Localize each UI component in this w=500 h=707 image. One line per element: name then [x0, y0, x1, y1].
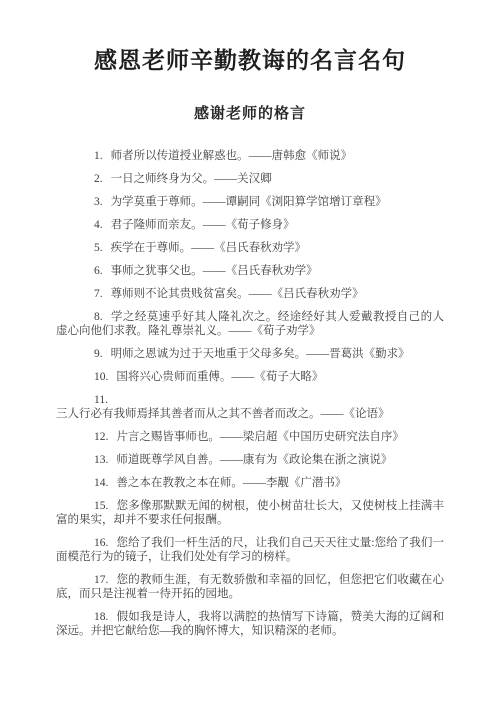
quote-number: 8.	[94, 310, 103, 324]
quote-item: 2.一日之师终身为父。——关汉卿	[56, 172, 444, 186]
quote-item: 6.事师之犹事父也。——《吕氏春秋劝学》	[56, 264, 444, 278]
quote-text: 师道既尊学风自善。——康有为《政论集在浙之演说》	[116, 454, 392, 466]
quote-item: 5.疾学在于尊师。——《吕氏春秋劝学》	[56, 241, 444, 255]
quote-number: 12.	[94, 430, 108, 444]
quote-text: 疾学在于尊师。——《吕氏春秋劝学》	[111, 242, 307, 254]
quote-number: 9.	[94, 347, 103, 361]
quote-item: 11.三人行必有我师焉择其善者而从之其不善者而改之。——《论语》	[56, 393, 444, 421]
quote-item: 12.片言之赐皆事师也。——梁启超《中国历史研究法自序》	[56, 430, 444, 444]
quote-number: 13.	[94, 453, 108, 467]
quote-text: 君子隆师而亲友。——《荀子修身》	[111, 219, 295, 231]
quote-item: 4.君子隆师而亲友。——《荀子修身》	[56, 218, 444, 232]
quote-number: 10.	[94, 370, 108, 384]
quote-text: 您的教师生涯，有无数骄傲和幸福的回忆，但您把它们收藏在心底，而只是注视着一待开拓…	[56, 574, 444, 600]
quote-number: 16.	[94, 536, 108, 550]
quote-text: 国将兴心贵师而重傅。——《荀子大略》	[116, 371, 323, 383]
document-page: 感恩老师辛勤教诲的名言名句 感谢老师的格言 1.师者所以传道授业解惑也。——唐韩…	[0, 0, 500, 707]
section-heading: 感谢老师的格言	[56, 104, 444, 124]
quote-text: 片言之赐皆事师也。——梁启超《中国历史研究法自序》	[116, 431, 404, 443]
quote-number: 6.	[94, 264, 103, 278]
quote-item: 3.为学莫重于尊师。——谭嗣同《浏阳算学馆增订章程》	[56, 195, 444, 209]
quote-number: 2.	[94, 172, 103, 186]
quote-number: 11.	[94, 393, 108, 407]
quote-number: 1.	[94, 149, 103, 163]
quote-item: 14.善之本在教教之本在师。——李觏《广潜书》	[56, 476, 444, 490]
quote-text: 为学莫重于尊师。——谭嗣同《浏阳算学馆增订章程》	[111, 196, 387, 208]
quote-text: 假如我是诗人，我将以满腔的热情写下诗篇，赞美大海的辽阔和深远。并把它献给您—我的…	[56, 611, 444, 637]
quote-item: 8.学之经莫速乎好其人隆礼次之。经途经好其人爱戴教授自己的人虚心向他们求教。隆礼…	[56, 310, 444, 338]
quote-item: 1.师者所以传道授业解惑也。——唐韩愈《师说》	[56, 149, 444, 163]
quote-item: 16.您给了我们一杆生活的尺，让我们自己天天往丈量:您给了我们一面模范行为的镜子…	[56, 536, 444, 564]
quote-text: 事师之犹事父也。——《吕氏春秋劝学》	[111, 265, 318, 277]
quote-number: 3.	[94, 195, 103, 209]
quote-text: 明师之恩诚为过于天地重于父母多矣。——晋葛洪《勤求》	[111, 348, 410, 360]
quote-item: 18.假如我是诗人，我将以满腔的热情写下诗篇，赞美大海的辽阔和深远。并把它献给您…	[56, 610, 444, 638]
quote-text: 善之本在教教之本在师。——李觏《广潜书》	[116, 477, 346, 489]
quote-list: 1.师者所以传道授业解惑也。——唐韩愈《师说》 2.一日之师终身为父。——关汉卿…	[56, 149, 444, 638]
quote-item: 17.您的教师生涯，有无数骄傲和幸福的回忆，但您把它们收藏在心底，而只是注视着一…	[56, 573, 444, 601]
quote-number: 4.	[94, 218, 103, 232]
quote-number: 5.	[94, 241, 103, 255]
quote-text: 师者所以传道授业解惑也。——唐韩愈《师说》	[111, 150, 353, 162]
quote-number: 18.	[94, 610, 108, 624]
quote-number: 15.	[94, 499, 108, 513]
quote-number: 7.	[94, 287, 103, 301]
quote-item: 10.国将兴心贵师而重傅。——《荀子大略》	[56, 370, 444, 384]
quote-text: 学之经莫速乎好其人隆礼次之。经途经好其人爱戴教授自己的人虚心向他们求教。隆礼尊崇…	[56, 311, 444, 337]
quote-item: 7.尊师则不论其贵贱贫富矣。——《吕氏春秋劝学》	[56, 287, 444, 301]
quote-text: 您多像那默默无闻的树根，使小树苗壮长大，又使树枝上挂满丰富的果实，却并不要求任何…	[56, 500, 444, 526]
quote-number: 14.	[94, 476, 108, 490]
quote-number: 17.	[94, 573, 108, 587]
quote-text: 一日之师终身为父。——关汉卿	[111, 173, 272, 185]
quote-text: 三人行必有我师焉择其善者而从之其不善者而改之。——《论语》	[56, 408, 390, 420]
quote-item: 9.明师之恩诚为过于天地重于父母多矣。——晋葛洪《勤求》	[56, 347, 444, 361]
quote-item: 13.师道既尊学风自善。——康有为《政论集在浙之演说》	[56, 453, 444, 467]
quote-text: 尊师则不论其贵贱贫富矣。——《吕氏春秋劝学》	[111, 288, 364, 300]
quote-text: 您给了我们一杆生活的尺，让我们自己天天往丈量:您给了我们一面模范行为的镜子，让我…	[56, 537, 444, 563]
document-title: 感恩老师辛勤教诲的名言名句	[56, 46, 444, 76]
quote-item: 15.您多像那默默无闻的树根，使小树苗壮长大，又使树枝上挂满丰富的果实，却并不要…	[56, 499, 444, 527]
